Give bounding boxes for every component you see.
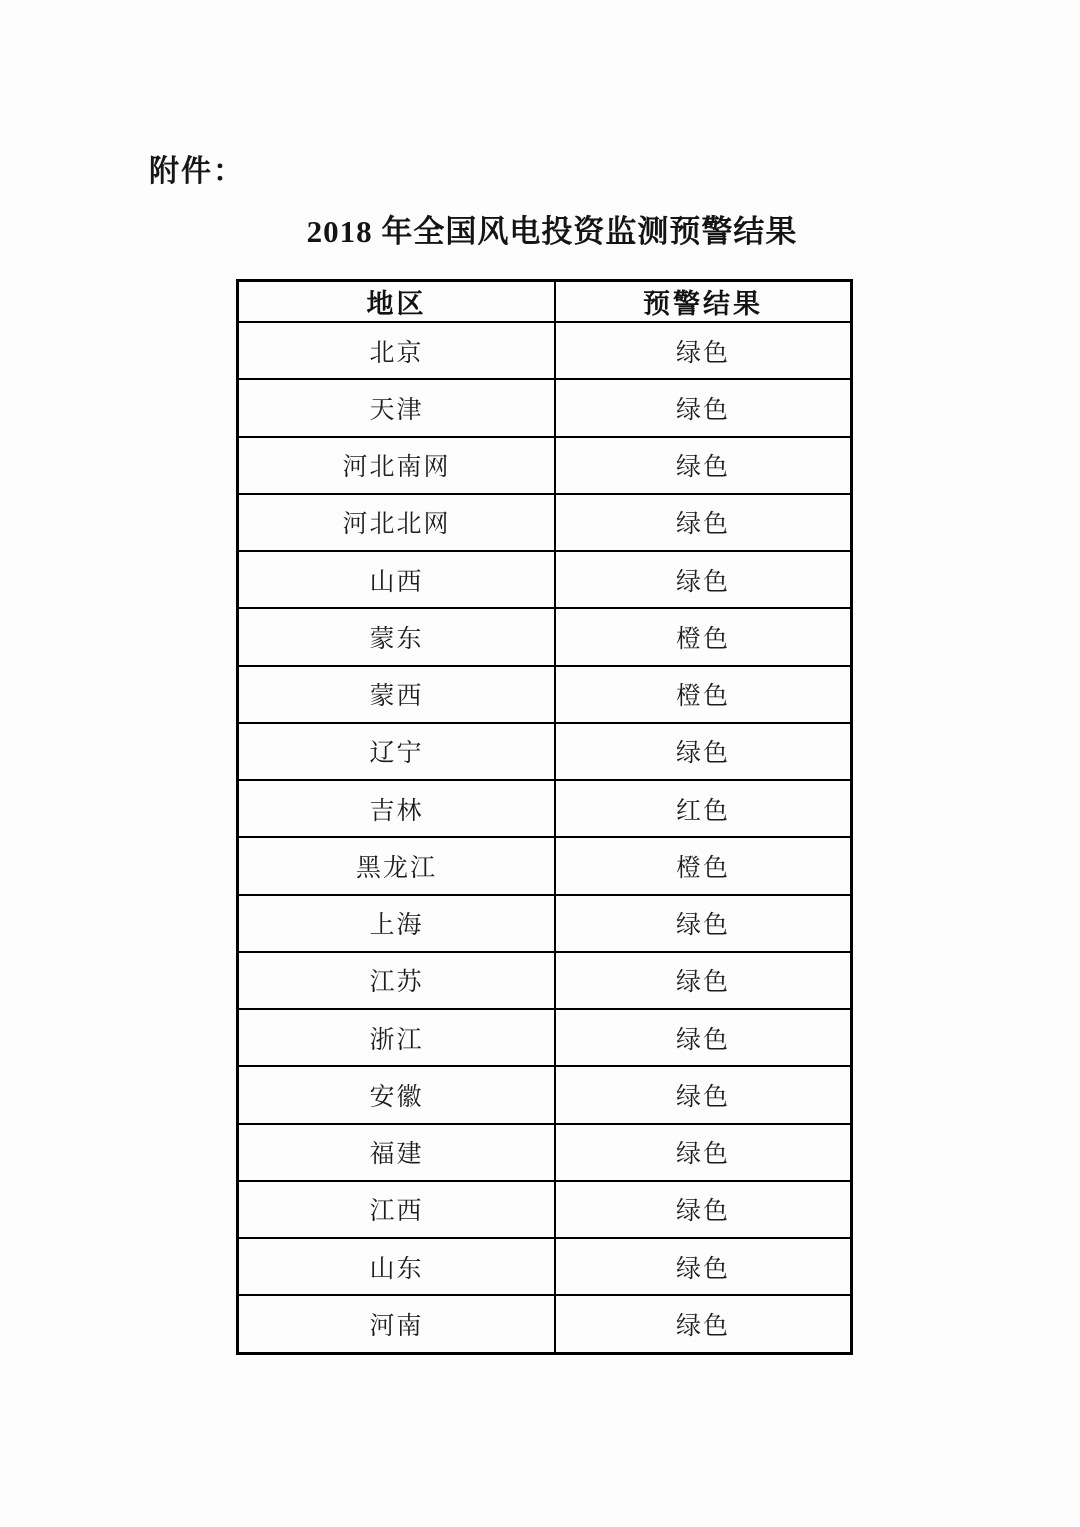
- result-cell: 绿色: [555, 1009, 852, 1066]
- result-cell: 绿色: [555, 895, 852, 952]
- region-cell: 山西: [238, 551, 555, 608]
- region-cell: 河北南网: [238, 437, 555, 494]
- result-cell: 绿色: [555, 437, 852, 494]
- table-row: 河北南网 绿色: [238, 437, 852, 494]
- region-cell: 吉林: [238, 780, 555, 837]
- table-row: 辽宁 绿色: [238, 723, 852, 780]
- table-row: 江苏 绿色: [238, 952, 852, 1009]
- region-cell: 江西: [238, 1181, 555, 1238]
- document-page: 附件： 2018 年全国风电投资监测预警结果 地区 预警结果 北京 绿色 天津 …: [0, 0, 1080, 1527]
- table-row: 吉林 红色: [238, 780, 852, 837]
- table-row: 安徽 绿色: [238, 1066, 852, 1123]
- region-cell: 福建: [238, 1124, 555, 1181]
- table-row: 江西 绿色: [238, 1181, 852, 1238]
- result-cell: 绿色: [555, 379, 852, 436]
- result-cell: 绿色: [555, 1295, 852, 1353]
- table-row: 蒙西 橙色: [238, 666, 852, 723]
- result-cell: 绿色: [555, 1181, 852, 1238]
- table-row: 山西 绿色: [238, 551, 852, 608]
- table-row: 蒙东 橙色: [238, 608, 852, 665]
- result-cell: 橙色: [555, 608, 852, 665]
- result-cell: 橙色: [555, 837, 852, 894]
- region-cell: 安徽: [238, 1066, 555, 1123]
- result-cell: 绿色: [555, 551, 852, 608]
- result-cell: 红色: [555, 780, 852, 837]
- region-cell: 天津: [238, 379, 555, 436]
- table-row: 河南 绿色: [238, 1295, 852, 1353]
- region-cell: 上海: [238, 895, 555, 952]
- region-cell: 江苏: [238, 952, 555, 1009]
- result-cell: 绿色: [555, 1238, 852, 1295]
- region-column-header: 地区: [238, 281, 555, 323]
- region-cell: 山东: [238, 1238, 555, 1295]
- region-cell: 北京: [238, 322, 555, 379]
- result-cell: 绿色: [555, 723, 852, 780]
- region-cell: 河北北网: [238, 494, 555, 551]
- table-row: 浙江 绿色: [238, 1009, 852, 1066]
- warning-results-table: 地区 预警结果 北京 绿色 天津 绿色 河北南网 绿色 河北北网 绿色 山西: [236, 279, 853, 1355]
- region-cell: 辽宁: [238, 723, 555, 780]
- table-row: 上海 绿色: [238, 895, 852, 952]
- result-column-header: 预警结果: [555, 281, 852, 323]
- attachment-label: 附件：: [149, 146, 245, 190]
- region-cell: 蒙东: [238, 608, 555, 665]
- table-row: 天津 绿色: [238, 379, 852, 436]
- table-header-row: 地区 预警结果: [238, 281, 852, 323]
- table-row: 山东 绿色: [238, 1238, 852, 1295]
- region-cell: 浙江: [238, 1009, 555, 1066]
- table-row: 河北北网 绿色: [238, 494, 852, 551]
- result-cell: 绿色: [555, 1124, 852, 1181]
- page-title: 2018 年全国风电投资监测预警结果: [0, 206, 1080, 251]
- table-row: 北京 绿色: [238, 322, 852, 379]
- result-cell: 橙色: [555, 666, 852, 723]
- table-row: 福建 绿色: [238, 1124, 852, 1181]
- result-cell: 绿色: [555, 322, 852, 379]
- result-cell: 绿色: [555, 1066, 852, 1123]
- region-cell: 黑龙江: [238, 837, 555, 894]
- table-row: 黑龙江 橙色: [238, 837, 852, 894]
- result-cell: 绿色: [555, 952, 852, 1009]
- result-cell: 绿色: [555, 494, 852, 551]
- region-cell: 河南: [238, 1295, 555, 1353]
- region-cell: 蒙西: [238, 666, 555, 723]
